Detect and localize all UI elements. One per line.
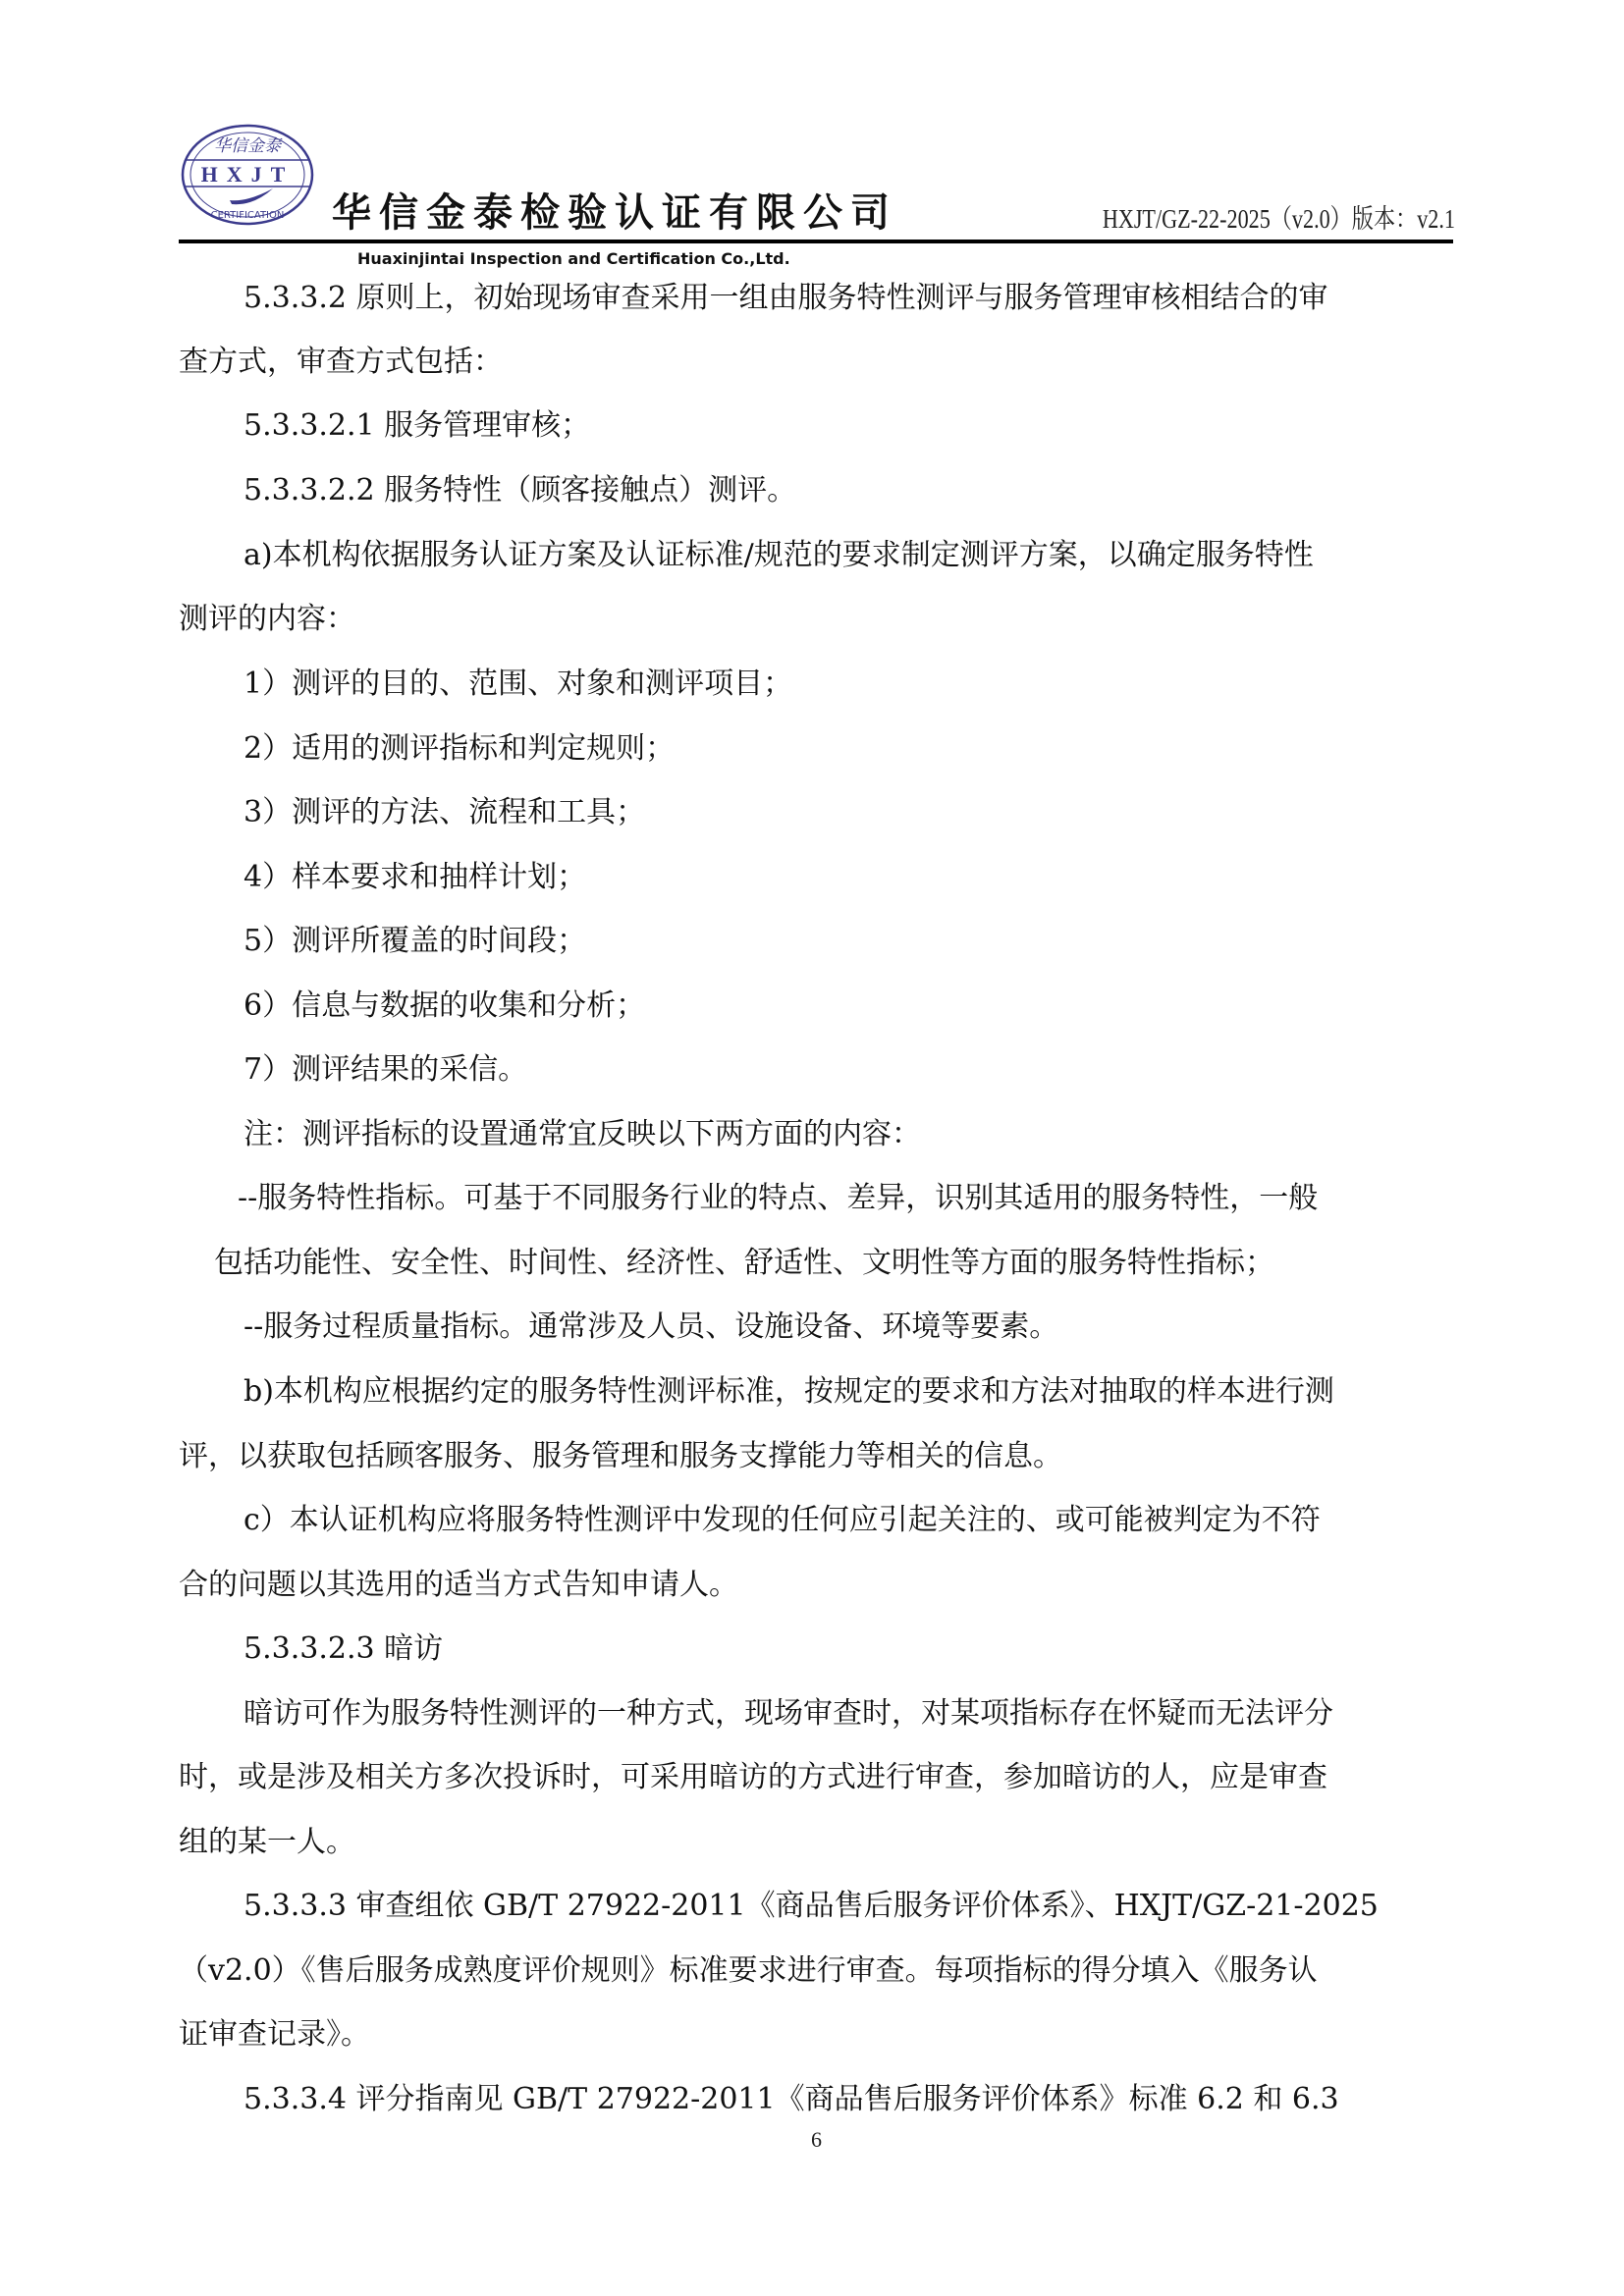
- paragraph-line: c）本认证机构应将服务特性测评中发现的任何应引起关注的、或可能被判定为不符: [244, 1503, 1321, 1538]
- note-line: 注：测评指标的设置通常宜反映以下两方面的内容：: [244, 1117, 921, 1152]
- paragraph-line: 5.3.3.2 原则上，初始现场审查采用一组由服务特性测评与服务管理审核相结合的…: [244, 281, 1328, 316]
- company-logo: 华信金泰 HXJT CERTIFICATION: [179, 122, 316, 228]
- paragraph-line: 时，或是涉及相关方多次投诉时，可采用暗访的方式进行审查，参加暗访的人，应是审查: [179, 1760, 1327, 1795]
- paragraph-line: 5.3.3.2.2 服务特性（顾客接触点）测评。: [244, 473, 796, 508]
- header-rule: [179, 240, 1453, 243]
- list-item: 7）测评结果的采信。: [244, 1052, 527, 1088]
- list-item: 4）样本要求和抽样计划；: [244, 860, 586, 895]
- list-item: 5）测评所覆盖的时间段；: [244, 924, 586, 959]
- logo-top-text: 华信金泰: [214, 136, 283, 156]
- document-code: HXJT/GZ-22-2025（v2.0）版本：v2.1: [1103, 203, 1455, 235]
- company-name-en: Huaxinjintai Inspection and Certificatio…: [357, 248, 790, 270]
- logo-initials: HXJT: [201, 162, 295, 187]
- logo-bottom-text: CERTIFICATION: [211, 210, 285, 221]
- paragraph-line: 合的问题以其选用的适当方式告知申请人。: [179, 1568, 738, 1603]
- list-item: 2）适用的测评指标和判定规则；: [244, 731, 675, 767]
- paragraph-line: 5.3.3.4 评分指南见 GB/T 27922-2011《商品售后服务评价体系…: [244, 2082, 1339, 2117]
- paragraph-line: 评，以获取包括顾客服务、服务管理和服务支撑能力等相关的信息。: [179, 1439, 1062, 1474]
- swoosh-icon: [230, 188, 273, 204]
- list-item: 3）测评的方法、流程和工具；: [244, 795, 645, 830]
- page-number: 6: [811, 2127, 822, 2153]
- paragraph-line: 证审查记录》。: [179, 2017, 370, 2053]
- paragraph-line: 测评的内容：: [179, 602, 355, 637]
- paragraph-line: 组的某一人。: [179, 1825, 355, 1860]
- document-page: 华信金泰 HXJT CERTIFICATION 华信金泰检验认证有限公司 HXJ…: [0, 0, 1624, 2296]
- hxjt-logo-icon: 华信金泰 HXJT CERTIFICATION: [179, 122, 316, 228]
- company-name-cn: 华信金泰检验认证有限公司: [332, 189, 897, 237]
- note-line: 包括功能性、安全性、时间性、经济性、舒适性、文明性等方面的服务特性指标；: [214, 1246, 1274, 1281]
- paragraph-line: （v2.0）《售后服务成熟度评价规则》标准要求进行审查。每项指标的得分填入《服务…: [179, 1953, 1318, 1989]
- note-line: --服务过程质量指标。通常涉及人员、设施设备、环境等要素。: [244, 1309, 1058, 1345]
- list-item: 6）信息与数据的收集和分析；: [244, 988, 645, 1024]
- paragraph-line: b)本机构应根据约定的服务特性测评标准，按规定的要求和方法对抽取的样本进行测: [244, 1374, 1334, 1410]
- paragraph-line: a)本机构依据服务认证方案及认证标准/规范的要求制定测评方案，以确定服务特性: [244, 538, 1314, 573]
- paragraph-line: 5.3.3.2.1 服务管理审核；: [244, 408, 590, 444]
- paragraph-line: 5.3.3.3 审查组依 GB/T 27922-2011《商品售后服务评价体系》…: [244, 1889, 1379, 1924]
- list-item: 1）测评的目的、范围、对象和测评项目；: [244, 667, 792, 702]
- paragraph-line: 暗访可作为服务特性测评的一种方式，现场审查时，对某项指标存在怀疑而无法评分: [244, 1696, 1333, 1732]
- section-heading: 5.3.3.2.3 暗访: [244, 1631, 443, 1667]
- paragraph-line: 查方式，审查方式包括：: [179, 345, 503, 380]
- note-line: --服务特性指标。可基于不同服务行业的特点、差异，识别其适用的服务特性，一般: [238, 1181, 1318, 1216]
